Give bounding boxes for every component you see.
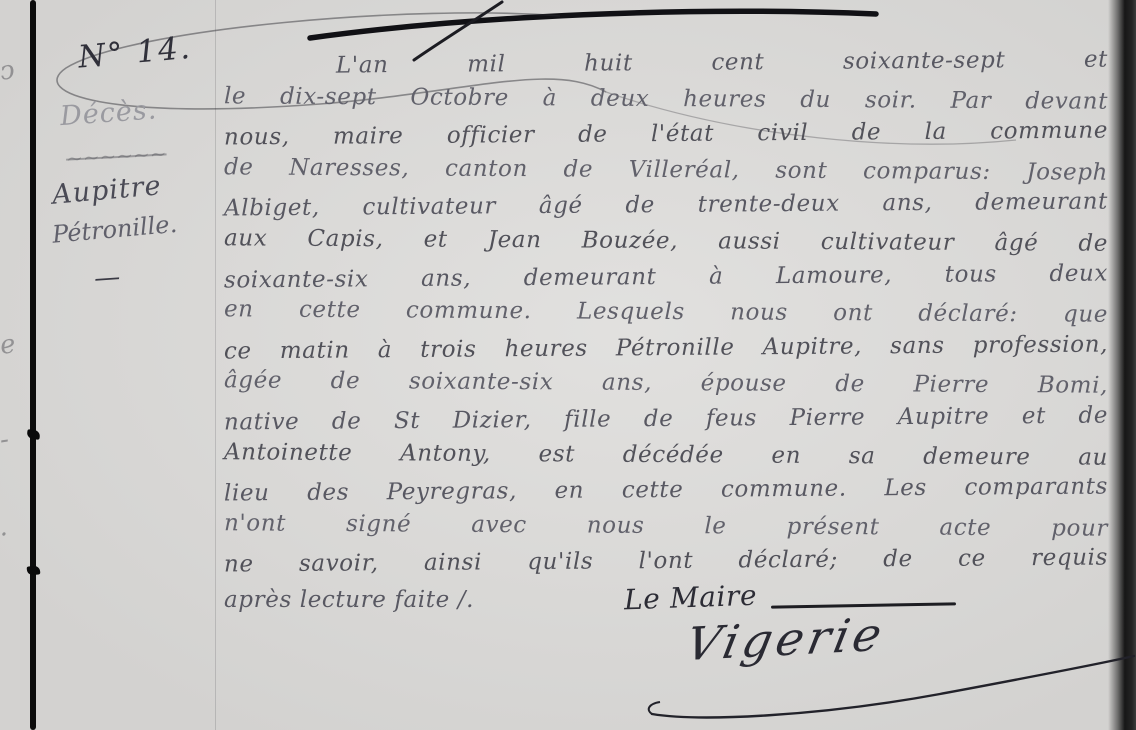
act-line: en cette commune. Lesquels nous ont décl… [224, 292, 1108, 333]
closing-row: après lecture faite /. Le Maire [224, 580, 1108, 616]
mayor-signature: Vigerie [682, 607, 891, 671]
binding-notch [27, 565, 41, 575]
binding-fold-line [30, 0, 36, 730]
binding-notch [26, 429, 40, 440]
struck-out-word: ~~~~~~ [65, 139, 207, 170]
act-line: âgée de soixante-six ans, épouse de Pier… [224, 364, 1108, 405]
deceased-surname: Aupitre [51, 166, 208, 210]
act-line: L'an mil huit cent soixante-sept et [224, 43, 1108, 86]
page-edge-bleed-mark: e [0, 329, 17, 361]
act-body-text: L'an mil huit cent soixante-sept et le d… [224, 46, 1108, 616]
mayor-title: Le Maire [623, 578, 757, 619]
margin-notes: N° 14. Décès. ~~~~~~ Aupitre Pétronille.… [52, 34, 207, 290]
act-line: Albiget, cultivateur âgé de trente-deux … [224, 185, 1108, 228]
margin-rule-line [215, 0, 216, 730]
registry-page: ͻ e - · N° 14. Décès. ~~~~~~ Aupitre Pét… [0, 0, 1136, 730]
page-edge-bleed-mark: ͻ [0, 55, 17, 87]
act-line: nous, maire officier de l'état civil de … [224, 114, 1108, 157]
gutter-shadow [1108, 0, 1136, 730]
closing-formula: après lecture faite /. [224, 582, 474, 618]
page-edge-bleed-mark: · [0, 520, 10, 551]
act-line: aux Capis, et Jean Bouzée, aussi cultiva… [224, 221, 1108, 262]
margin-separator-dash: — [93, 256, 208, 294]
act-number: N° 14. [77, 28, 209, 75]
act-line: native de St Dizier, fille de feus Pierr… [224, 398, 1108, 441]
act-line: lieu des Peyregras, en cette commune. Le… [224, 470, 1108, 513]
page-edge-bleed-mark: - [0, 425, 11, 456]
act-type-label: Décès. [59, 91, 208, 132]
deceased-given-name: Pétronille. [51, 207, 208, 248]
act-line: ne savoir, ainsi qu'ils l'ont déclaré; d… [224, 541, 1108, 584]
